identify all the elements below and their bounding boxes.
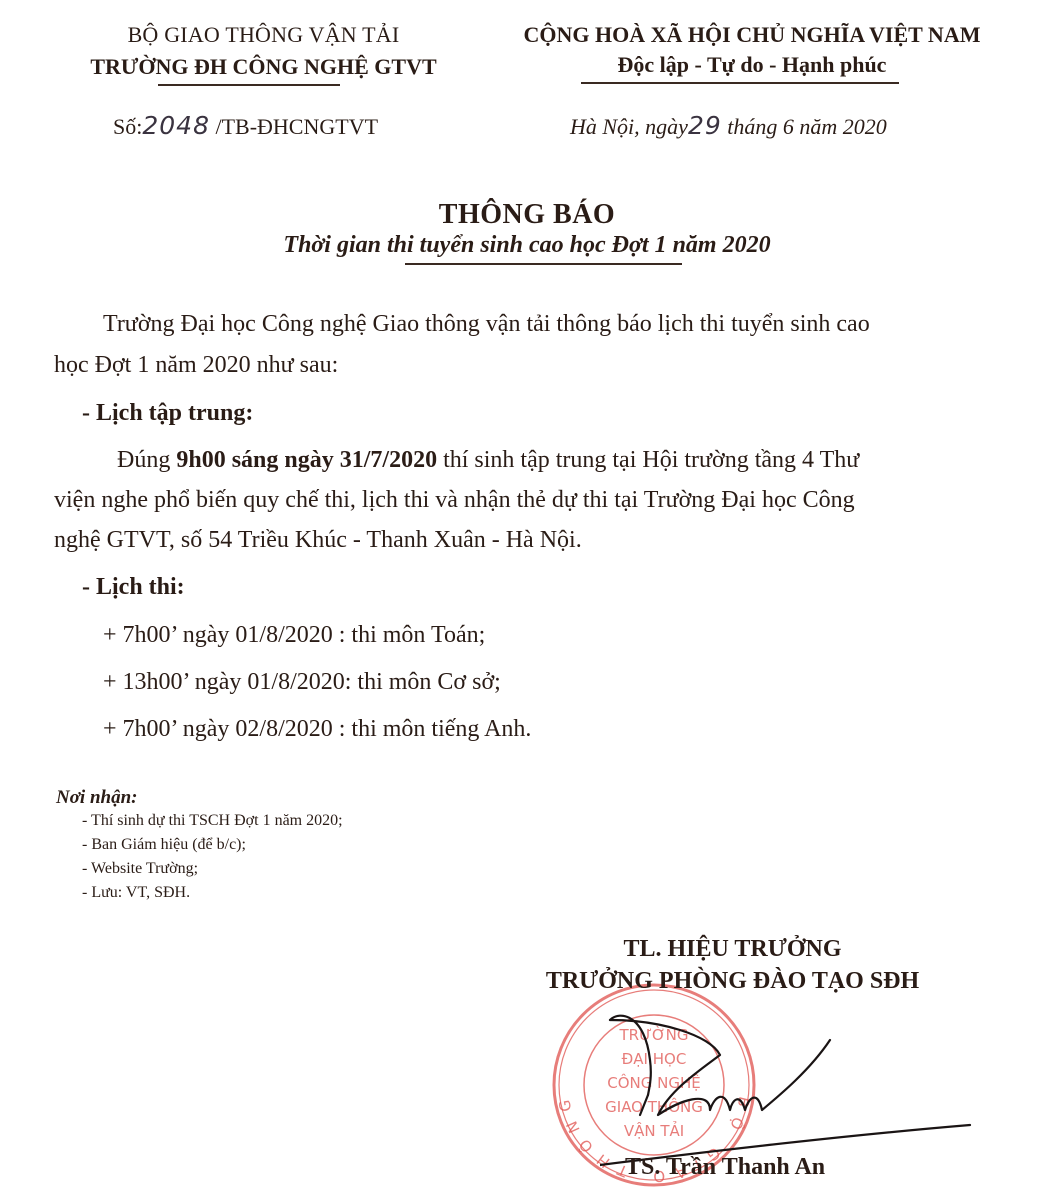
recipient-item: - Thí sinh dự thi TSCH Đợt 1 năm 2020;	[82, 812, 343, 830]
gathering-heading: - Lịch tập trung:	[82, 400, 253, 427]
school-name: TRƯỜNG ĐH CÔNG NGHỆ GTVT	[0, 54, 527, 80]
signatory-title-1: TL. HIỆU TRƯỞNG	[510, 936, 955, 963]
gathering-suffix: thí sinh tập trung tại Hội trường tầng 4…	[437, 447, 859, 473]
document-number: Số:2048 /TB-ĐHCNGTVT	[113, 111, 378, 140]
gathering-prefix: Đúng	[117, 447, 176, 473]
exam-item: + 7h00’ ngày 02/8/2020 : thi môn tiếng A…	[103, 716, 531, 743]
date-day-handwritten: 29	[688, 111, 722, 140]
header-right-underline	[581, 82, 899, 84]
date-suffix: tháng 6 năm 2020	[722, 114, 887, 139]
exam-item: + 7h00’ ngày 01/8/2020 : thi môn Toán;	[103, 622, 485, 649]
header-left-underline	[158, 84, 340, 86]
gathering-line-1: Đúng 9h00 sáng ngày 31/7/2020 thí sinh t…	[117, 447, 859, 474]
document-date: Hà Nội, ngày29 tháng 6 năm 2020	[570, 111, 887, 140]
recipient-item: - Lưu: VT, SĐH.	[82, 884, 190, 902]
doc-number-prefix: Số:	[113, 114, 142, 139]
exam-schedule-heading: - Lịch thi:	[82, 574, 185, 601]
signatory-name: TS. Trần Thanh An	[625, 1154, 825, 1181]
intro-line-1: Trường Đại học Công nghệ Giao thông vận …	[103, 311, 870, 338]
exam-item: + 13h00’ ngày 01/8/2020: thi môn Cơ sở;	[103, 669, 501, 696]
ministry-name: BỘ GIAO THÔNG VẬN TẢI	[0, 22, 527, 48]
gathering-line-3: nghệ GTVT, số 54 Triều Khúc - Thanh Xuân…	[54, 527, 582, 554]
gathering-time: 9h00 sáng ngày 31/7/2020	[176, 447, 437, 473]
date-prefix: Hà Nội, ngày	[570, 114, 688, 139]
document-title: THÔNG BÁO	[0, 199, 1054, 231]
intro-line-2: học Đợt 1 năm 2020 như sau:	[54, 352, 338, 379]
gathering-line-2: viện nghe phổ biến quy chế thi, lịch thi…	[54, 487, 855, 514]
subtitle-underline	[405, 263, 682, 265]
recipient-item: - Website Trường;	[82, 860, 198, 878]
document-subtitle: Thời gian thi tuyển sinh cao học Đợt 1 n…	[0, 232, 1054, 259]
recipient-item: - Ban Giám hiệu (để b/c);	[82, 836, 246, 854]
doc-number-suffix: /TB-ĐHCNGTVT	[210, 114, 378, 139]
signatory-title-2: TRƯỞNG PHÒNG ĐÀO TẠO SĐH	[510, 968, 955, 995]
handwritten-signature-icon	[600, 1000, 980, 1180]
recipients-heading: Nơi nhận:	[56, 787, 137, 809]
national-motto: Độc lập - Tự do - Hạnh phúc	[497, 52, 1007, 78]
country-name: CỘNG HOÀ XÃ HỘI CHỦ NGHĨA VIỆT NAM	[497, 22, 1007, 48]
doc-number-handwritten: 2048	[142, 111, 210, 140]
